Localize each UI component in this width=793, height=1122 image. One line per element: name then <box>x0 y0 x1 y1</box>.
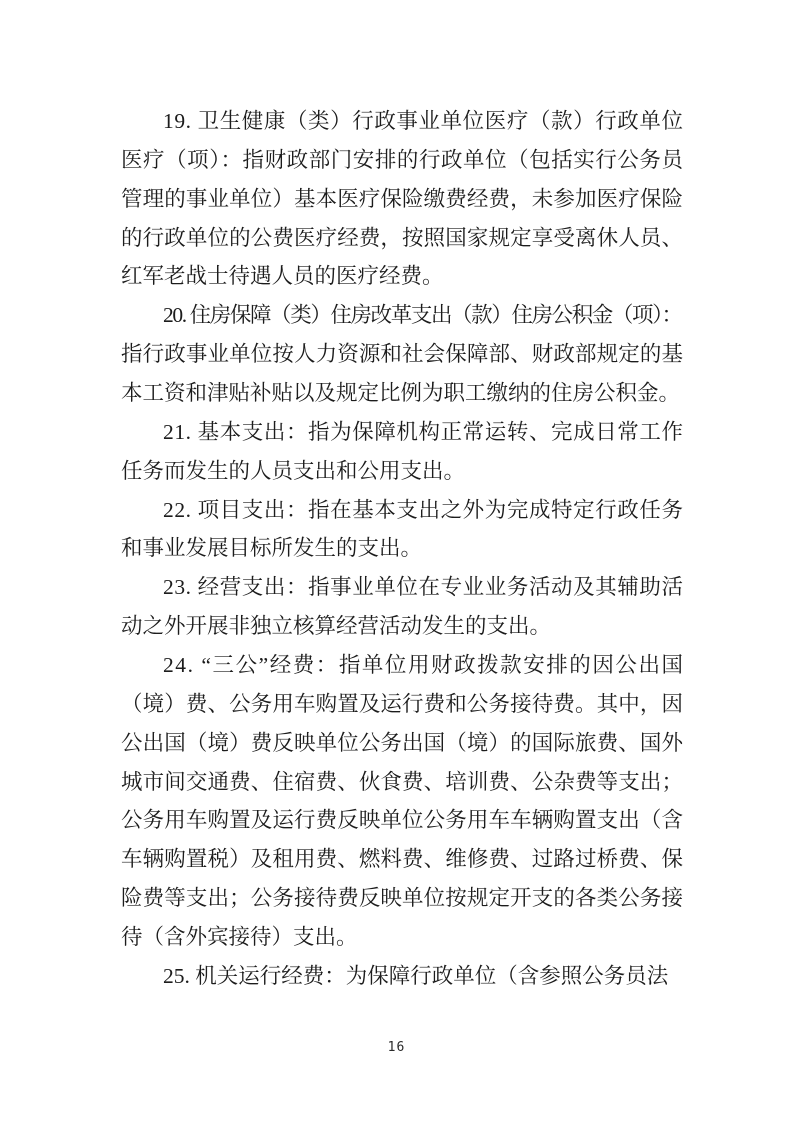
text-line: 公务用车购置及运行费反映单位公务用车车辆购置支出（含 <box>121 801 683 840</box>
text-line: 和事业发展目标所发生的支出。 <box>121 529 683 568</box>
text-block: 19. 卫生健康（类）行政事业单位医疗（款）行政单位医疗（项）：指财政部门安排的… <box>121 102 683 996</box>
text-line-content: 公务用车购置及运行费反映单位公务用车车辆购置支出（含 <box>121 801 683 840</box>
text-line: 险费等支出；公务接待费反映单位按规定开支的各类公务接 <box>121 879 683 918</box>
text-line-content: 公出国（境）费反映单位公务出国（境）的国际旅费、国外 <box>121 724 683 763</box>
document-page: 19. 卫生健康（类）行政事业单位医疗（款）行政单位医疗（项）：指财政部门安排的… <box>0 0 793 1122</box>
text-line-content: 城市间交通费、住宿费、伙食费、培训费、公杂费等支出； <box>121 763 683 802</box>
text-line-content: 和事业发展目标所发生的支出。 <box>121 529 422 568</box>
text-line: 20. 住房保障（类）住房改革支出（款）住房公积金（项）： <box>121 296 683 335</box>
text-line-content: 医疗（项）：指财政部门安排的行政单位（包括实行公务员 <box>121 141 684 180</box>
text-line-content: （境）费、公务用车购置及运行费和公务接待费。其中，因 <box>121 685 683 724</box>
text-line-content: 25. 机关运行经费：为保障行政单位（含参照公务员法 <box>163 957 668 996</box>
text-line: 医疗（项）：指财政部门安排的行政单位（包括实行公务员 <box>121 141 683 180</box>
text-line: 24. “三公”经费：指单位用财政拨款安排的因公出国 <box>121 646 683 685</box>
text-line-content: 20. 住房保障（类）住房改革支出（款）住房公积金（项）： <box>163 296 682 335</box>
text-line-content: 车辆购置税）及租用费、燃料费、维修费、过路过桥费、保 <box>121 840 683 879</box>
text-line: 管理的事业单位）基本医疗保险缴费经费，未参加医疗保险 <box>121 180 683 219</box>
text-line-content: 本工资和津贴补贴以及规定比例为职工缴纳的住房公积金。 <box>121 374 680 413</box>
text-line-content: 指行政事业单位按人力资源和社会保障部、财政部规定的基 <box>121 335 683 374</box>
text-line-content: 的行政单位的公费医疗经费，按照国家规定享受离休人员、 <box>121 219 683 258</box>
text-line: （境）费、公务用车购置及运行费和公务接待费。其中，因 <box>121 685 683 724</box>
text-line: 红军老战士待遇人员的医疗经费。 <box>121 257 683 296</box>
text-line: 23. 经营支出：指事业单位在专业业务活动及其辅助活 <box>121 568 683 607</box>
text-line: 公出国（境）费反映单位公务出国（境）的国际旅费、国外 <box>121 724 683 763</box>
text-line: 指行政事业单位按人力资源和社会保障部、财政部规定的基 <box>121 335 683 374</box>
text-line-content: 险费等支出；公务接待费反映单位按规定开支的各类公务接 <box>121 879 683 918</box>
text-line: 22. 项目支出：指在基本支出之外为完成特定行政任务 <box>121 491 683 530</box>
text-line-content: 23. 经营支出：指事业单位在专业业务活动及其辅助活 <box>163 568 684 607</box>
text-line: 19. 卫生健康（类）行政事业单位医疗（款）行政单位 <box>121 102 683 141</box>
text-line: 的行政单位的公费医疗经费，按照国家规定享受离休人员、 <box>121 219 683 258</box>
text-line: 车辆购置税）及租用费、燃料费、维修费、过路过桥费、保 <box>121 840 683 879</box>
text-line-content: 管理的事业单位）基本医疗保险缴费经费，未参加医疗保险 <box>121 180 683 219</box>
text-line: 待（含外宾接待）支出。 <box>121 918 683 957</box>
text-line-content: 19. 卫生健康（类）行政事业单位医疗（款）行政单位 <box>163 102 684 141</box>
page-number: 16 <box>0 1040 793 1055</box>
text-line-content: 24. “三公”经费：指单位用财政拨款安排的因公出国 <box>163 646 685 685</box>
text-line: 任务而发生的人员支出和公用支出。 <box>121 452 683 491</box>
text-line: 25. 机关运行经费：为保障行政单位（含参照公务员法 <box>121 957 683 996</box>
text-line-content: 21. 基本支出：指为保障机构正常运转、完成日常工作 <box>163 413 684 452</box>
text-line: 城市间交通费、住宿费、伙食费、培训费、公杂费等支出； <box>121 763 683 802</box>
text-line-content: 22. 项目支出：指在基本支出之外为完成特定行政任务 <box>163 491 684 530</box>
text-line-content: 任务而发生的人员支出和公用支出。 <box>121 452 465 491</box>
text-line: 本工资和津贴补贴以及规定比例为职工缴纳的住房公积金。 <box>121 374 683 413</box>
text-line-content: 红军老战士待遇人员的医疗经费。 <box>121 257 444 296</box>
text-line-content: 动之外开展非独立核算经营活动发生的支出。 <box>121 607 551 646</box>
text-line: 21. 基本支出：指为保障机构正常运转、完成日常工作 <box>121 413 683 452</box>
text-line: 动之外开展非独立核算经营活动发生的支出。 <box>121 607 683 646</box>
text-line-content: 待（含外宾接待）支出。 <box>121 918 358 957</box>
